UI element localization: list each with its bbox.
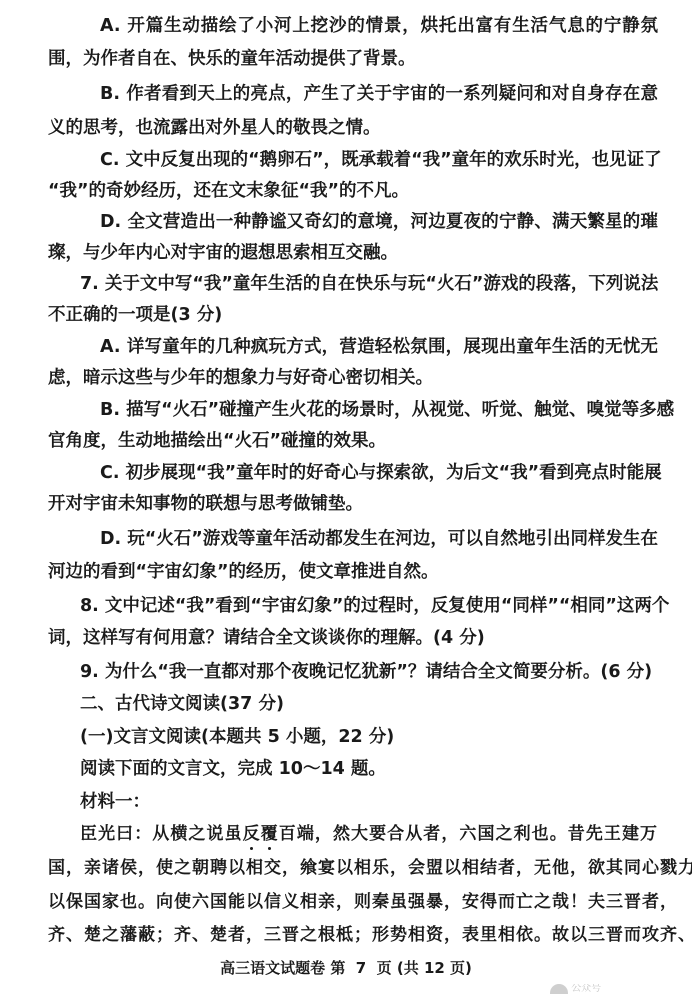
classical-text-line2: 国，亲诸侯，使之朝聘以相交，飨宴以相乐，会盟以相结者，无他，欲其同心戮力 — [48, 856, 658, 880]
classical-text-segment: 臣光曰：从横之说虽 — [80, 824, 243, 844]
q8-stem-line2: 词，这样写有何用意？请结合全文谈谈你的理解。(4 分) — [48, 626, 658, 650]
classical-text-line4: 齐、楚之藩蔽；齐、楚者，三晋之根柢；形势相资，表里相依。故以三晋而攻齐、 — [48, 923, 658, 947]
reading-instruction: 阅读下面的文言文，完成 10～14 题。 — [80, 757, 658, 781]
exam-page: A. 开篇生动描绘了小河上挖沙的情景，烘托出富有生活气息的宁静氛 围，为作者自在… — [0, 0, 692, 994]
emphasized-char-fan: 反 — [243, 824, 261, 844]
q7-option-d-line2: 河边的看到“宇宙幻象”的经历，使文章推进自然。 — [48, 560, 658, 584]
q6-option-c-line2: “我”的奇妙经历，还在文末象征“我”的不凡。 — [48, 179, 658, 203]
q6-option-a-line1: A. 开篇生动描绘了小河上挖沙的情景，烘托出富有生活气息的宁静氛 — [100, 14, 658, 38]
q7-option-a-line2: 虑，暗示这些与少年的想象力与好奇心密切相关。 — [48, 366, 658, 390]
subsection-heading-wenyanwen: (一)文言文阅读(本题共 5 小题，22 分) — [80, 725, 658, 749]
q7-stem-line2: 不正确的一项是(3 分) — [48, 303, 658, 327]
page-footer: 高三语文试题卷 第 7 页 (共 12 页) — [0, 958, 692, 978]
watermark: 公众号 — [550, 984, 690, 994]
material-one-label: 材料一： — [80, 790, 658, 814]
q7-option-d-line1: D. 玩“火石”游戏等童年活动都发生在河边，可以自然地引出同样发生在 — [100, 527, 658, 551]
emphasized-char-fu: 覆 — [261, 824, 279, 844]
watermark-text: 公众号 — [571, 984, 601, 994]
classical-text-line3: 以保国家也。向使六国能以信义相亲，则秦虽强暴，安得而亡之哉！夫三晋者， — [48, 890, 658, 914]
q6-option-d-line1: D. 全文营造出一种静谧又奇幻的意境，河边夏夜的宁静、满天繁星的璀 — [100, 210, 658, 234]
q7-option-a-line1: A. 详写童年的几种疯玩方式，营造轻松氛围，展现出童年生活的无忧无 — [100, 335, 658, 359]
q8-stem-line1: 8. 文中记述“我”看到“宇宙幻象”的过程时，反复使用“同样”“相同”这两个 — [80, 594, 658, 618]
q9-stem: 9. 为什么“我一直都对那个夜晚记忆犹新”？请结合全文简要分析。(6 分) — [80, 660, 658, 684]
section-heading-classical: 二、古代诗文阅读(37 分) — [80, 692, 658, 716]
q7-option-c-line1: C. 初步展现“我”童年时的好奇心与探索欲，为后文“我”看到亮点时能展 — [100, 461, 658, 485]
q7-option-c-line2: 开对宇宙未知事物的联想与思考做铺垫。 — [48, 492, 658, 516]
q7-stem-line1: 7. 关于文中写“我”童年生活的自在快乐与玩“火石”游戏的段落，下列说法 — [80, 272, 658, 296]
q7-option-b-line1: B. 描写“火石”碰撞产生火花的场景时，从视觉、听觉、触觉、嗅觉等多感 — [100, 398, 658, 422]
q6-option-b-line2: 义的思考，也流露出对外星人的敬畏之情。 — [48, 116, 658, 140]
classical-text-segment: 百端，然大要合从者，六国之利也。昔先王建万 — [279, 824, 658, 844]
q6-option-d-line2: 璨，与少年内心对宇宙的遐想思索相互交融。 — [48, 241, 658, 265]
watermark-logo-icon — [550, 984, 568, 994]
q7-option-b-line2: 官角度，生动地描绘出“火石”碰撞的效果。 — [48, 429, 658, 453]
q6-option-a-line2: 围，为作者自在、快乐的童年活动提供了背景。 — [48, 47, 658, 71]
classical-text-line1: 臣光曰：从横之说虽反覆百端，然大要合从者，六国之利也。昔先王建万 — [80, 822, 658, 846]
q6-option-c-line1: C. 文中反复出现的“鹅卵石”，既承载着“我”童年的欢乐时光，也见证了 — [100, 148, 658, 172]
q6-option-b-line1: B. 作者看到天上的亮点，产生了关于宇宙的一系列疑问和对自身存在意 — [100, 82, 658, 106]
